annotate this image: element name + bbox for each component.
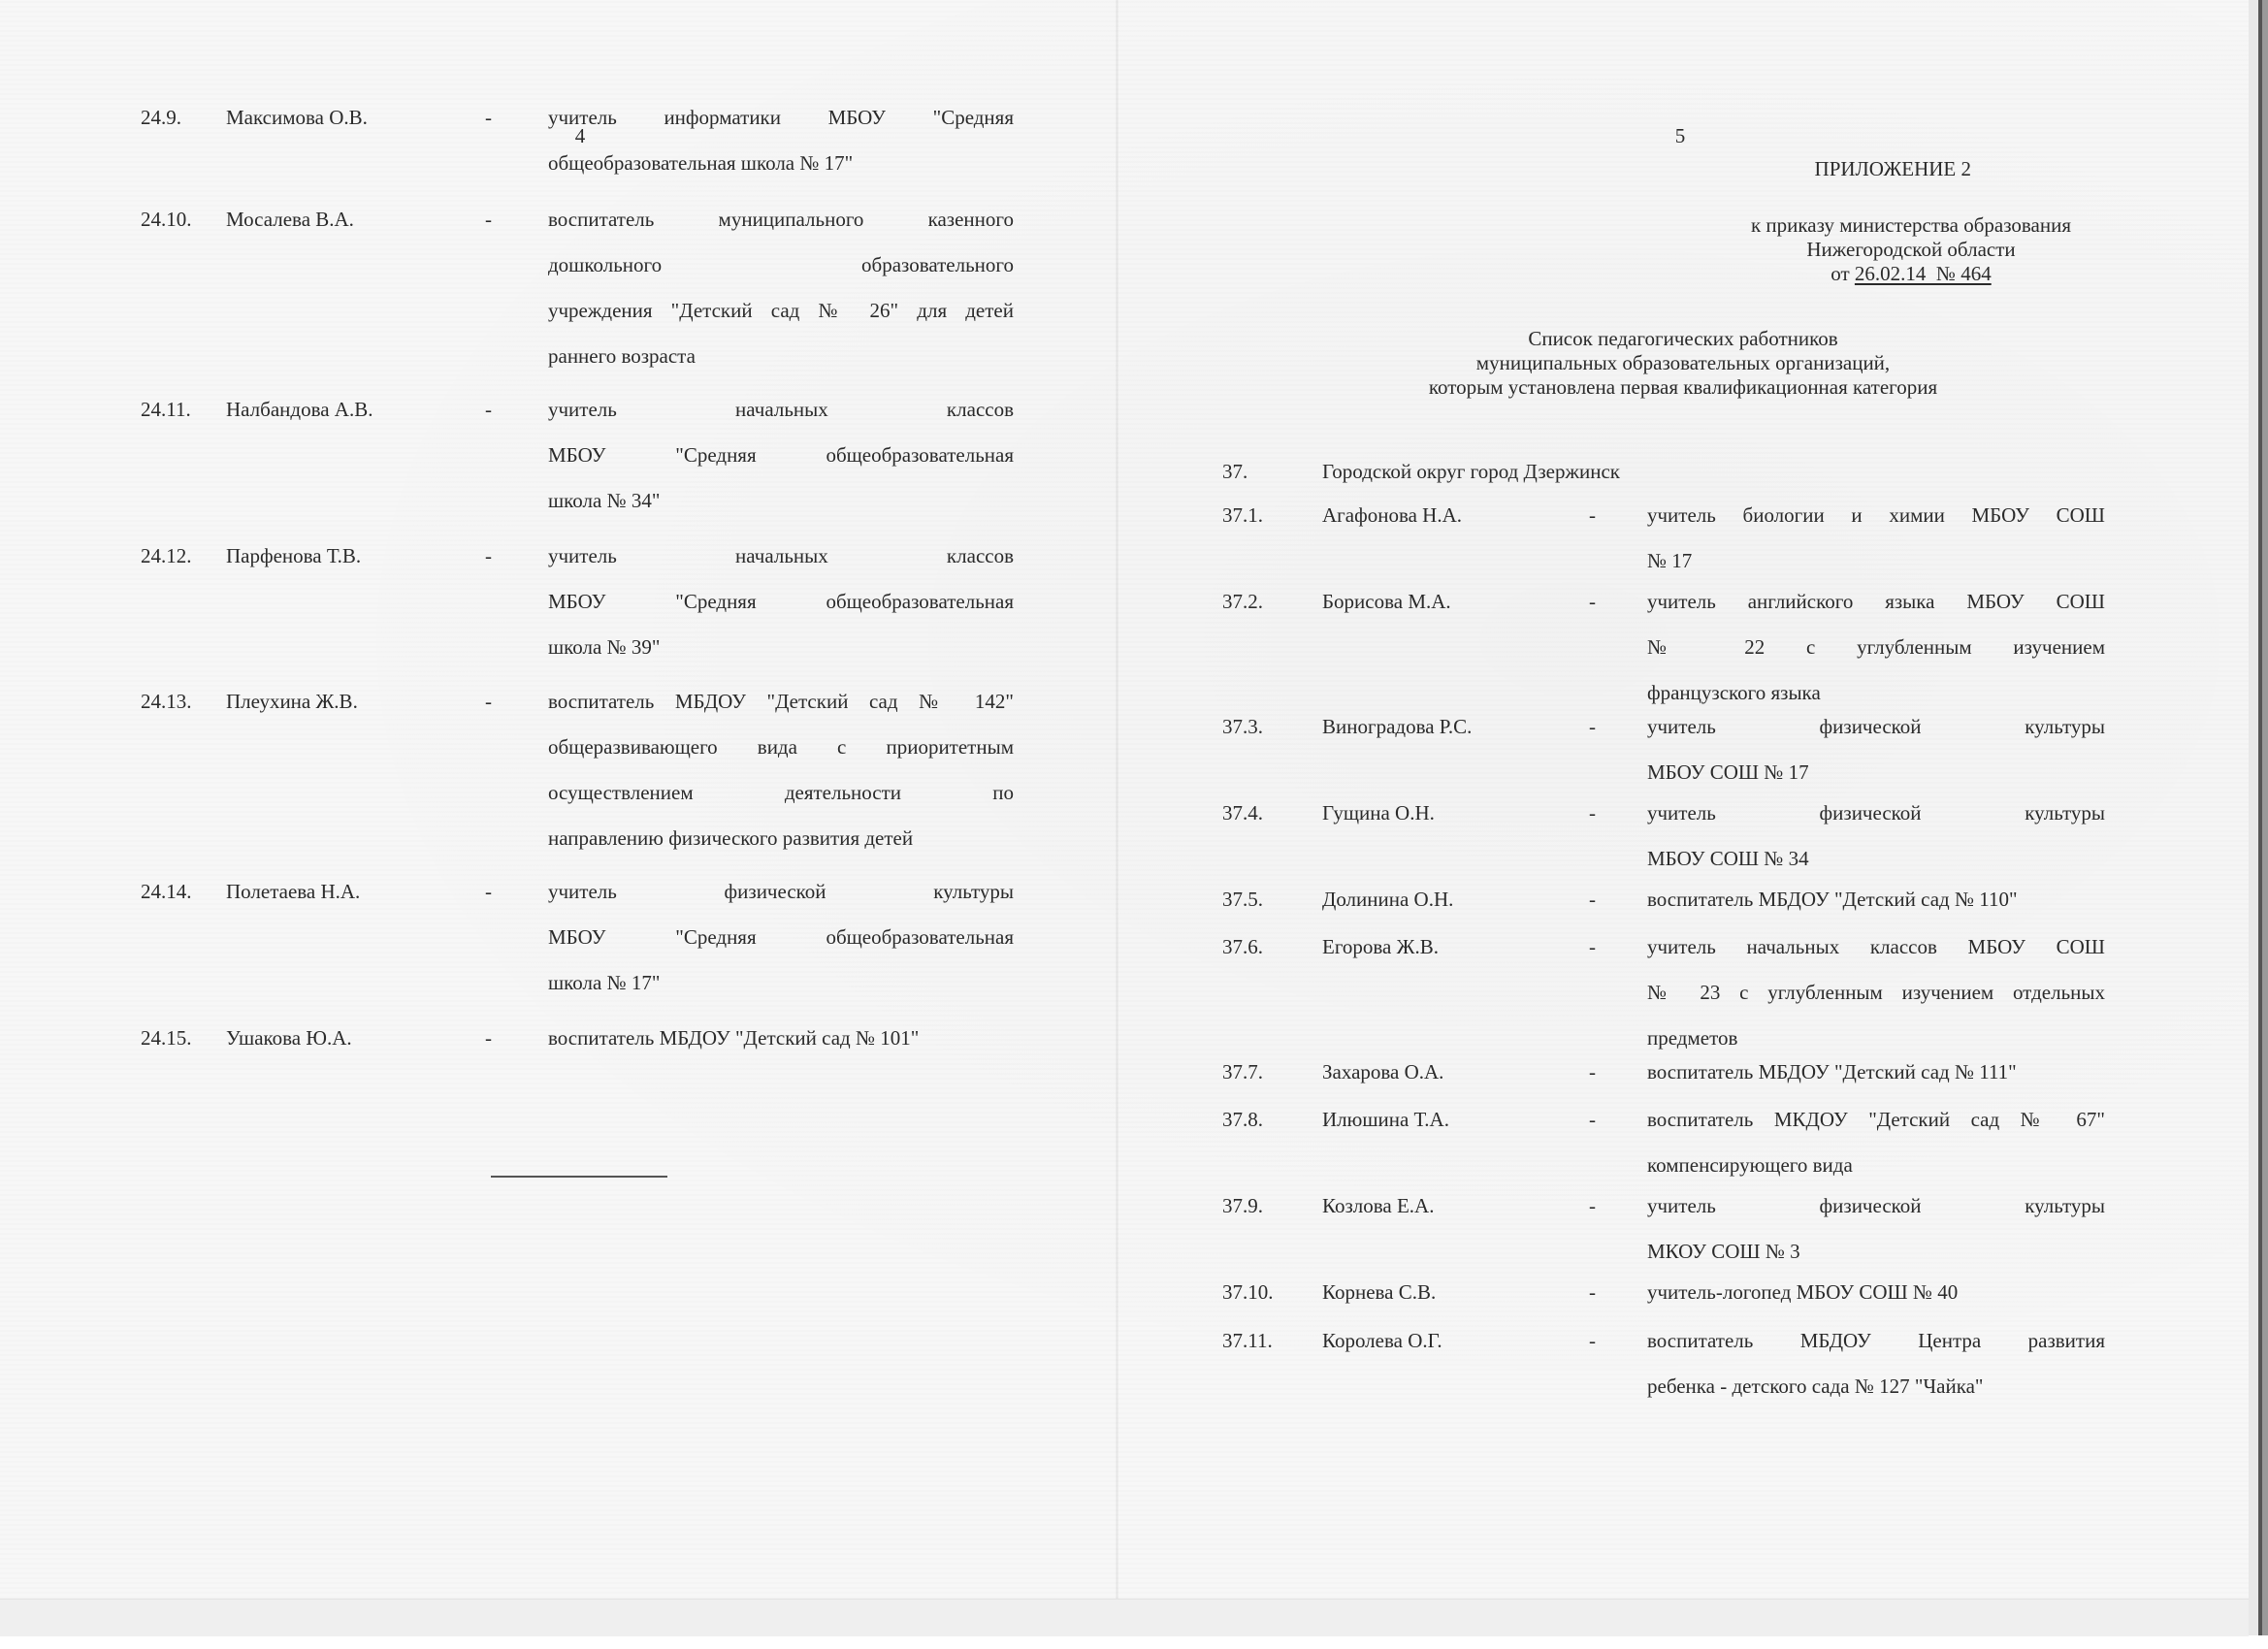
description-line: учитель биологии и химии МБОУ СОШ xyxy=(1647,493,2105,538)
entry-number: 37.2. xyxy=(1222,579,1263,625)
entry-dash: - xyxy=(1589,924,1596,970)
entry-number: 24.11. xyxy=(141,387,191,433)
entry-name: Гущина О.Н. xyxy=(1322,791,1435,836)
description-line: № 22 с углубленным изучением xyxy=(1647,625,2105,670)
entry-number: 37.8. xyxy=(1222,1097,1263,1143)
entry-name: Долинина О.Н. xyxy=(1322,877,1453,922)
description-line: школа № 17" xyxy=(548,960,1014,1006)
entry-number: 24.12. xyxy=(141,533,192,579)
entry-description: учитель физической культурыМБОУ СОШ № 34 xyxy=(1647,791,2105,882)
entry-dash: - xyxy=(485,533,492,579)
entry-number: 37.7. xyxy=(1222,1050,1263,1095)
entry-name: Королева О.Г. xyxy=(1322,1318,1442,1364)
page-number-right: 5 xyxy=(1661,124,1700,148)
description-line: общеразвивающего вида с приоритетным xyxy=(548,725,1014,770)
description-line: учитель физической культуры xyxy=(548,869,1014,915)
entry-dash: - xyxy=(1589,877,1596,922)
entry-name: Борисова М.А. xyxy=(1322,579,1451,625)
entry-number: 37.5. xyxy=(1222,877,1263,922)
entry-name: Ушакова Ю.А. xyxy=(226,1016,352,1061)
description-line: воспитатель МБДОУ "Детский сад № 101" xyxy=(548,1016,1014,1061)
entry-description: учитель информатики МБОУ "Средняяобщеобр… xyxy=(548,95,1014,186)
appendix-title: ПРИЛОЖЕНИЕ 2 xyxy=(1707,155,2115,182)
page-fold xyxy=(1116,0,1118,1599)
description-line: учитель начальных классов xyxy=(548,533,1014,579)
description-line: воспитатель МБДОУ "Детский сад № 142" xyxy=(548,679,1014,725)
entry-name: Максимова О.В. xyxy=(226,95,368,141)
heading-line-2: муниципальных образовательных организаци… xyxy=(1261,351,2105,375)
entry-description: учитель физической культурыМБОУ "Средняя… xyxy=(548,869,1014,1006)
entry-description: воспитатель МБДОУ "Детский сад № 111" xyxy=(1647,1050,2105,1095)
entry-description: учитель-логопед МБОУ СОШ № 40 xyxy=(1647,1270,2105,1315)
entry-dash: - xyxy=(485,679,492,725)
description-line: № 17 xyxy=(1647,538,2105,584)
entry-description: учитель начальных классов МБОУ СОШ№ 23 с… xyxy=(1647,924,2105,1061)
entry-description: учитель биологии и химии МБОУ СОШ№ 17 xyxy=(1647,493,2105,584)
description-line: учитель-логопед МБОУ СОШ № 40 xyxy=(1647,1270,2105,1315)
entry-number: 37.6. xyxy=(1222,924,1263,970)
description-line: осуществлением деятельности по xyxy=(548,770,1014,816)
entry-dash: - xyxy=(485,387,492,433)
scan-bottom-margin xyxy=(0,1599,2249,1636)
entry-name: Козлова Е.А. xyxy=(1322,1183,1434,1229)
entry-number: 37.9. xyxy=(1222,1183,1263,1229)
entry-dash: - xyxy=(485,197,492,242)
section-title: Городской округ город Дзержинск xyxy=(1322,449,1620,495)
order-date-number: 26.02.14 № 464 xyxy=(1855,262,1992,285)
entry-description: воспитатель МБДОУ Центра развитияребенка… xyxy=(1647,1318,2105,1409)
description-line: воспитатель МКДОУ "Детский сад № 67" xyxy=(1647,1097,2105,1143)
entry-dash: - xyxy=(1589,1183,1596,1229)
description-line: МБОУ СОШ № 34 xyxy=(1647,836,2105,882)
description-line: учитель физической культуры xyxy=(1647,1183,2105,1229)
entry-number: 24.10. xyxy=(141,197,192,242)
description-line: направлению физического развития детей xyxy=(548,816,1014,861)
entry-dash: - xyxy=(485,95,492,141)
heading-line-1: Список педагогических работников xyxy=(1261,327,2105,351)
description-line: учитель информатики МБОУ "Средняя xyxy=(548,95,1014,141)
entry-name: Полетаева Н.А. xyxy=(226,869,360,915)
entry-description: воспитатель МБДОУ "Детский сад № 101" xyxy=(548,1016,1014,1061)
entry-number: 37.10. xyxy=(1222,1270,1274,1315)
description-line: школа № 39" xyxy=(548,625,1014,670)
entry-description: учитель английского языка МБОУ СОШ№ 22 с… xyxy=(1647,579,2105,716)
entry-number: 24.15. xyxy=(141,1016,192,1061)
description-line: ребенка - детского сада № 127 "Чайка" xyxy=(1647,1364,2105,1409)
description-line: учитель физической культуры xyxy=(1647,791,2105,836)
entry-name: Плеухина Ж.В. xyxy=(226,679,358,725)
appendix-region-line: Нижегородской области xyxy=(1707,238,2115,262)
description-line: МКОУ СОШ № 3 xyxy=(1647,1229,2105,1275)
entry-description: учитель начальных классовМБОУ "Средняя о… xyxy=(548,387,1014,524)
entry-number: 37.1. xyxy=(1222,493,1263,538)
entry-name: Мосалева В.А. xyxy=(226,197,354,242)
entry-description: учитель физической культурыМБОУ СОШ № 17 xyxy=(1647,704,2105,795)
description-line: учитель начальных классов xyxy=(548,387,1014,433)
entry-dash: - xyxy=(1589,1270,1596,1315)
description-line: учитель физической культуры xyxy=(1647,704,2105,750)
description-line: компенсирующего вида xyxy=(1647,1143,2105,1188)
description-line: МБОУ "Средняя общеобразовательная xyxy=(548,915,1014,960)
entry-dash: - xyxy=(1589,493,1596,538)
entry-description: воспитатель муниципального казенногодошк… xyxy=(548,197,1014,379)
entry-dash: - xyxy=(485,1016,492,1061)
entry-description: учитель физической культурыМКОУ СОШ № 3 xyxy=(1647,1183,2105,1275)
appendix-order-line: к приказу министерства образования xyxy=(1707,213,2115,238)
entry-number: 37.11. xyxy=(1222,1318,1273,1364)
date-prefix: от xyxy=(1831,262,1849,285)
description-line: воспитатель муниципального казенного xyxy=(548,197,1014,242)
description-line: учреждения "Детский сад № 26" для детей xyxy=(548,288,1014,334)
entry-name: Агафонова Н.А. xyxy=(1322,493,1462,538)
entry-name: Илюшина Т.А. xyxy=(1322,1097,1449,1143)
description-line: воспитатель МБДОУ "Детский сад № 111" xyxy=(1647,1050,2105,1095)
entry-description: воспитатель МБДОУ "Детский сад № 142"общ… xyxy=(548,679,1014,861)
description-line: общеобразовательная школа № 17" xyxy=(548,141,1014,186)
entry-number: 24.9. xyxy=(141,95,181,141)
entry-dash: - xyxy=(485,869,492,915)
description-line: дошкольного образовательного xyxy=(548,242,1014,288)
section-number: 37. xyxy=(1222,449,1247,495)
entry-name: Налбандова А.В. xyxy=(226,387,373,433)
description-line: МБОУ "Средняя общеобразовательная xyxy=(548,579,1014,625)
description-line: МБОУ "Средняя общеобразовательная xyxy=(548,433,1014,478)
end-of-list-separator xyxy=(491,1176,667,1178)
description-line: воспитатель МБДОУ "Детский сад № 110" xyxy=(1647,877,2105,922)
entry-name: Корнева С.В. xyxy=(1322,1270,1436,1315)
entry-dash: - xyxy=(1589,1050,1596,1095)
appendix-header: ПРИЛОЖЕНИЕ 2 к приказу министерства обра… xyxy=(1707,155,2115,286)
description-line: № 23 с углубленным изучением отдельных xyxy=(1647,970,2105,1016)
entry-name: Парфенова Т.В. xyxy=(226,533,361,579)
entry-name: Виноградова Р.С. xyxy=(1322,704,1472,750)
entry-dash: - xyxy=(1589,1318,1596,1364)
entry-dash: - xyxy=(1589,579,1596,625)
description-line: раннего возраста xyxy=(548,334,1014,379)
entry-number: 37.4. xyxy=(1222,791,1263,836)
entry-name: Захарова О.А. xyxy=(1322,1050,1443,1095)
entry-dash: - xyxy=(1589,704,1596,750)
description-line: школа № 34" xyxy=(548,478,1014,524)
entry-number: 37.3. xyxy=(1222,704,1263,750)
description-line: учитель начальных классов МБОУ СОШ xyxy=(1647,924,2105,970)
appendix-date-line: от 26.02.14 № 464 xyxy=(1707,262,2115,286)
description-line: воспитатель МБДОУ Центра развития xyxy=(1647,1318,2105,1364)
entry-description: воспитатель МБДОУ "Детский сад № 110" xyxy=(1647,877,2105,922)
entry-number: 24.13. xyxy=(141,679,192,725)
description-line: учитель английского языка МБОУ СОШ xyxy=(1647,579,2105,625)
heading-line-3: которым установлена первая квалификацион… xyxy=(1261,375,2105,400)
entry-name: Егорова Ж.В. xyxy=(1322,924,1439,970)
list-heading: Список педагогических работников муницип… xyxy=(1261,327,2105,400)
entry-description: воспитатель МКДОУ "Детский сад № 67"комп… xyxy=(1647,1097,2105,1188)
entry-dash: - xyxy=(1589,791,1596,836)
scan-right-edge xyxy=(2249,0,2268,1635)
entry-dash: - xyxy=(1589,1097,1596,1143)
entry-number: 24.14. xyxy=(141,869,192,915)
entry-description: учитель начальных классовМБОУ "Средняя о… xyxy=(548,533,1014,670)
description-line: МБОУ СОШ № 17 xyxy=(1647,750,2105,795)
